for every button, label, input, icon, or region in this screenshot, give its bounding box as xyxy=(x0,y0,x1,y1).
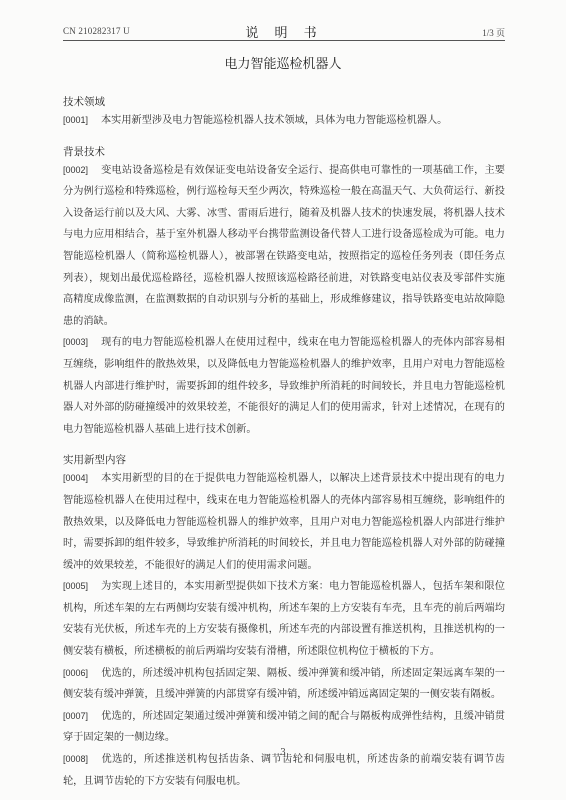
paragraph-text: 优选的，所述固定架通过缓冲弹簧和缓冲销之间的配合与隔板构成弹性结构，且缓冲销贯穿… xyxy=(63,711,505,744)
paragraph-number: [0004] xyxy=(63,468,101,490)
paragraph-text: 本实用新型的目的在于提供电力智能巡检机器人，以解决上述背景技术中提出现有的电力智… xyxy=(63,473,505,570)
document-title: 电力智能巡检机器人 xyxy=(0,53,566,72)
page-info: 1/3 页 xyxy=(482,26,505,39)
paragraph-text: 变电站设备巡检是有效保证变电站设备安全运行、提高供电可靠性的一项基础工作，主要分… xyxy=(63,165,505,327)
paragraph: [0004]本实用新型的目的在于提供电力智能巡检机器人，以解决上述背景技术中提出… xyxy=(63,468,505,576)
paragraph-text: 为实现上述目的，本实用新型提供如下技术方案：电力智能巡检机器人，包括车架和限位机… xyxy=(63,581,505,657)
paragraph-text: 优选的，所述缓冲机构包括固定架、隔板、缓冲弹簧和缓冲销，所述固定架远离车架的一侧… xyxy=(63,668,505,701)
paragraph-text: 现有的电力智能巡检机器人在使用过程中，线束在电力智能巡检机器人的壳体内部容易相互… xyxy=(63,337,505,434)
doc-type: 说 明 书 xyxy=(63,22,505,41)
paragraph-number: [0007] xyxy=(63,706,101,728)
paragraph-number: [0001] xyxy=(63,110,101,132)
paragraph: [0002]变电站设备巡检是有效保证变电站设备安全运行、提高供电可靠性的一项基础… xyxy=(63,160,505,333)
paragraph-number: [0002] xyxy=(63,160,101,182)
document-page: CN 210282317 U 说 明 书 1/3 页 电力智能巡检机器人 技术领… xyxy=(0,0,566,800)
section-utility-model-content: 实用新型内容 [0004]本实用新型的目的在于提供电力智能巡检机器人，以解决上述… xyxy=(63,452,505,792)
page-number: 3 xyxy=(0,748,566,758)
paragraph-number: [0005] xyxy=(63,576,101,598)
paragraph: [0005]为实现上述目的，本实用新型提供如下技术方案：电力智能巡检机器人，包括… xyxy=(63,576,505,662)
paragraph: [0003]现有的电力智能巡检机器人在使用过程中，线束在电力智能巡检机器人的壳体… xyxy=(63,332,505,440)
page-header: CN 210282317 U 说 明 书 1/3 页 xyxy=(63,22,505,41)
paragraph-number: [0006] xyxy=(63,663,101,685)
paragraph-text: 优选的，所述推送机构包括齿条、调节齿轮和伺服电机，所述齿条的前端安装有调节齿轮，… xyxy=(63,754,505,787)
paragraph: [0006]优选的，所述缓冲机构包括固定架、隔板、缓冲弹簧和缓冲销，所述固定架远… xyxy=(63,663,505,706)
section-heading: 技术领域 xyxy=(63,94,505,110)
section-technical-field: 技术领域 [0001]本实用新型涉及电力智能巡检机器人技术领域，具体为电力智能巡… xyxy=(63,94,505,132)
paragraph: [0001]本实用新型涉及电力智能巡检机器人技术领域，具体为电力智能巡检机器人。 xyxy=(63,110,505,132)
paragraph-text: 本实用新型涉及电力智能巡检机器人技术领域，具体为电力智能巡检机器人。 xyxy=(101,115,447,126)
paragraph-number: [0003] xyxy=(63,332,101,354)
document-body: 技术领域 [0001]本实用新型涉及电力智能巡检机器人技术领域，具体为电力智能巡… xyxy=(63,94,505,792)
paragraph: [0007]优选的，所述固定架通过缓冲弹簧和缓冲销之间的配合与隔板构成弹性结构，… xyxy=(63,706,505,749)
section-heading: 实用新型内容 xyxy=(63,452,505,468)
section-heading: 背景技术 xyxy=(63,144,505,160)
section-background: 背景技术 [0002]变电站设备巡检是有效保证变电站设备安全运行、提高供电可靠性… xyxy=(63,144,505,441)
